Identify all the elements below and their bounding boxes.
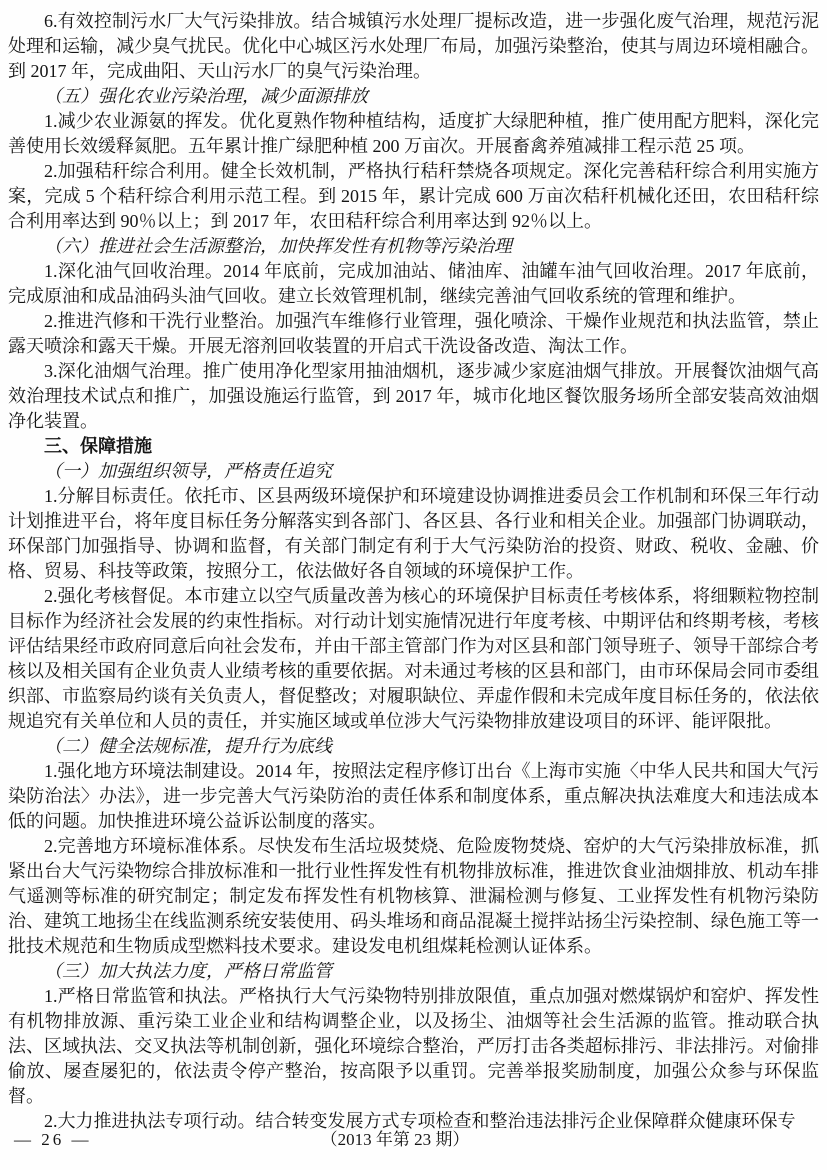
section-heading-6-social-life: （六）推进社会生活源整治，加快挥发性有机物等污染治理 — [8, 234, 819, 259]
paragraph-ammonia-reduction: 1.减少农业源氨的挥发。优化夏熟作物种植结构，适度扩大绿肥种植，推广使用配方肥料… — [8, 109, 819, 159]
page-number: — 26 — — [14, 1126, 92, 1154]
chapter-heading-3-safeguards: 三、保障措施 — [8, 434, 819, 459]
paragraph-target-responsibility: 1.分解目标责任。依托市、区县两级环境保护和环境建设协调推进委员会工作机制和环保… — [8, 484, 819, 584]
issue-number: （2013 年第 23 期） — [321, 1126, 470, 1154]
paragraph-oil-gas-recovery: 1.深化油气回收治理。2014 年底前，完成加油站、储油库、油罐车油气回收治理。… — [8, 259, 819, 309]
section-heading-1-leadership: （一）加强组织领导，严格责任追究 — [8, 459, 819, 484]
page-footer: — 26 — （2013 年第 23 期） — [0, 1126, 827, 1154]
section-heading-5-agriculture: （五）强化农业污染治理，减少面源排放 — [8, 84, 819, 109]
paragraph-cooking-fume-control: 3.深化油烟气治理。推广使用净化型家用抽油烟机，逐步减少家庭油烟气排放。开展餐饮… — [8, 359, 819, 434]
paragraph-local-standards: 2.完善地方环境标准体系。尽快发布生活垃圾焚烧、危险废物焚烧、窑炉的大气污染排放… — [8, 834, 819, 959]
section-heading-2-regulations: （二）健全法规标准，提升行为底线 — [8, 734, 819, 759]
document-page: 6.有效控制污水厂大气污染排放。结合城镇污水处理厂提标改造，进一步强化废气治理，… — [0, 0, 827, 1170]
paragraph-auto-repair-drycleaning: 2.推进汽修和干洗行业整治。加强汽车维修行业管理，强化喷涂、干燥作业规范和执法监… — [8, 309, 819, 359]
paragraph-straw-utilization: 2.加强秸秆综合利用。健全长效机制，严格执行秸秆禁烧各项规定。深化完善秸秆综合利… — [8, 159, 819, 234]
paragraph-local-legislation: 1.强化地方环境法制建设。2014 年，按照法定程序修订出台《上海市实施〈中华人… — [8, 759, 819, 834]
section-heading-3-enforcement: （三）加大执法力度，严格日常监管 — [8, 959, 819, 984]
paragraph-assessment-supervision: 2.强化考核督促。本市建立以空气质量改善为核心的环境保护目标责任考核体系，将细颗… — [8, 584, 819, 734]
paragraph-sewage-plant-control: 6.有效控制污水厂大气污染排放。结合城镇污水处理厂提标改造，进一步强化废气治理，… — [8, 9, 819, 84]
paragraph-daily-supervision: 1.严格日常监管和执法。严格执行大气污染物特别排放限值，重点加强对燃煤锅炉和窑炉… — [8, 984, 819, 1109]
